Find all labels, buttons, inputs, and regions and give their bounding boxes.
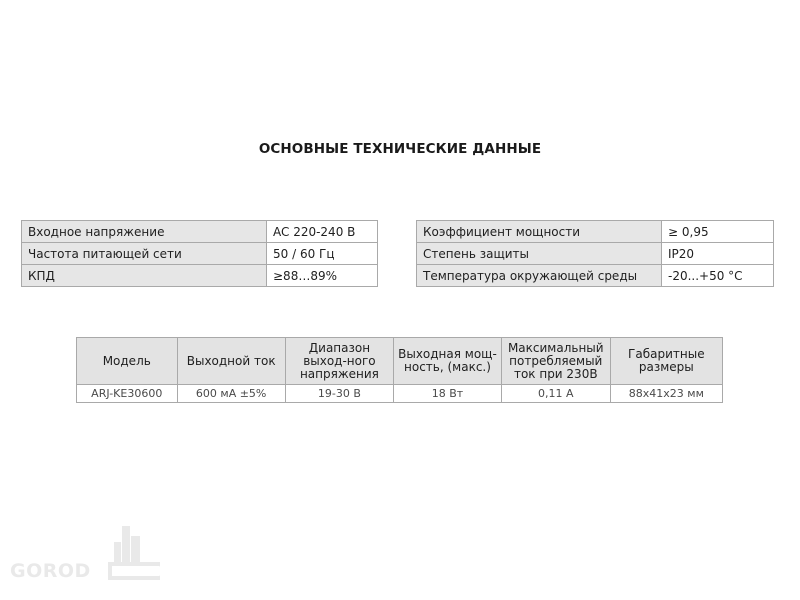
table-row: Частота питающей сети 50 / 60 Гц	[22, 243, 378, 265]
table-row: Температура окружающей среды -20...+50 °…	[417, 265, 774, 287]
logo-text: GOROD	[10, 560, 91, 582]
table-header-row: Модель Выходной ток Диапазон выход-ного …	[77, 338, 723, 385]
cell-output-power: 18 Вт	[394, 385, 502, 403]
cell-output-voltage-range: 19-30 В	[285, 385, 393, 403]
cell-dimensions: 88x41x23 мм	[610, 385, 722, 403]
header-output-power: Выходная мощ-ность, (макс.)	[394, 338, 502, 385]
spec-value: 50 / 60 Гц	[267, 243, 378, 265]
table-row: Коэффициент мощности ≥ 0,95	[417, 221, 774, 243]
cell-model: ARJ-KE30600	[77, 385, 178, 403]
table-row: ARJ-KE30600 600 мА ±5% 19-30 В 18 Вт 0,1…	[77, 385, 723, 403]
spec-label: Степень защиты	[417, 243, 662, 265]
spec-value: -20...+50 °C	[662, 265, 774, 287]
header-max-input-current: Максимальный потребляемый ток при 230В	[501, 338, 610, 385]
header-output-current: Выходной ток	[177, 338, 285, 385]
page-title: ОСНОВНЫЕ ТЕХНИЧЕСКИЕ ДАННЫЕ	[0, 141, 800, 157]
table-row: Степень защиты IP20	[417, 243, 774, 265]
general-specs-table-left: Входное напряжение AC 220-240 В Частота …	[21, 220, 378, 287]
spec-label: Коэффициент мощности	[417, 221, 662, 243]
cell-max-input-current: 0,11 А	[501, 385, 610, 403]
page: ОСНОВНЫЕ ТЕХНИЧЕСКИЕ ДАННЫЕ Входное напр…	[0, 0, 800, 600]
table-row: КПД ≥88…89%	[22, 265, 378, 287]
spec-label: КПД	[22, 265, 267, 287]
spec-label: Температура окружающей среды	[417, 265, 662, 287]
gorodled-logo: GOROD	[10, 520, 160, 590]
spec-value: AC 220-240 В	[267, 221, 378, 243]
spec-value: ≥88…89%	[267, 265, 378, 287]
models-table: Модель Выходной ток Диапазон выход-ного …	[76, 337, 723, 403]
header-dimensions: Габаритные размеры	[610, 338, 722, 385]
spec-value: ≥ 0,95	[662, 221, 774, 243]
spec-label: Входное напряжение	[22, 221, 267, 243]
spec-label: Частота питающей сети	[22, 243, 267, 265]
table-row: Входное напряжение AC 220-240 В	[22, 221, 378, 243]
header-model: Модель	[77, 338, 178, 385]
general-specs-table-right: Коэффициент мощности ≥ 0,95 Степень защи…	[416, 220, 774, 287]
spec-value: IP20	[662, 243, 774, 265]
cell-output-current: 600 мА ±5%	[177, 385, 285, 403]
header-output-voltage-range: Диапазон выход-ного напряжения	[285, 338, 393, 385]
